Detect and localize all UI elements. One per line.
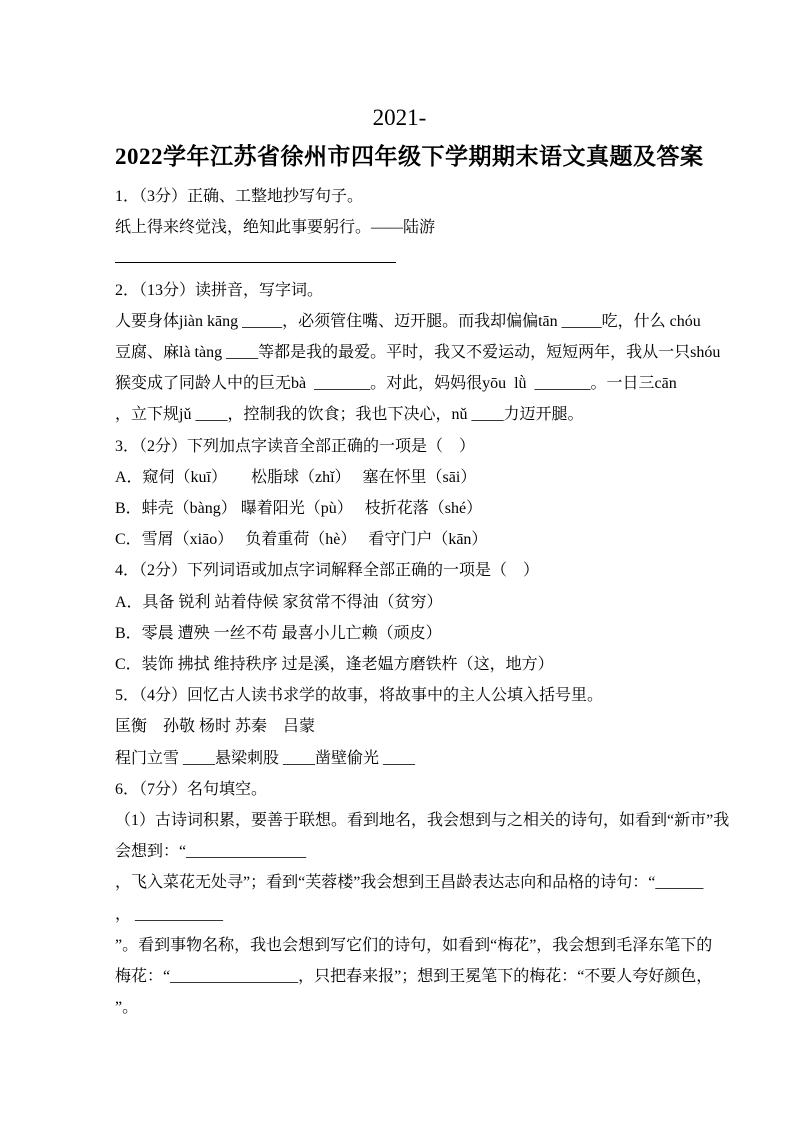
- document-title-line2: 2022学年江苏省徐州市四年级下学期期末语文真题及答案: [115, 137, 684, 176]
- q3-option-b: B．蚌壳（bàng） 曝着阳光（pù） 枝折花落（shé）: [115, 493, 684, 524]
- q2-passage-line: 猴变成了同龄人中的巨无bà _______。对此，妈妈很yōu lǜ _____…: [115, 368, 684, 399]
- q1-prompt: 1．（3分）正确、工整地抄写句子。: [115, 181, 684, 212]
- q5-word-bank: 匡衡 孙敬 杨时 苏秦 吕蒙: [115, 711, 684, 742]
- q5-prompt: 5．（4分）回忆古人读书求学的故事，将故事中的主人公填入括号里。: [115, 680, 684, 711]
- q6-text-line: 梅花：“________________，只把春来报”；想到王冕笔下的梅花：“不…: [115, 961, 684, 992]
- q2-passage-line: 豆腐、麻là tàng ____等都是我的最爱。平时，我又不爱运动，短短两年，我…: [115, 337, 684, 368]
- q4-option-c: C．装饰 拂拭 维持秩序 过是溪，逢老媪方磨铁杵（这，地方）: [115, 649, 684, 680]
- q4-option-b: B．零晨 遭殃 一丝不苟 最喜小儿亡赖（顽皮）: [115, 618, 684, 649]
- document-body: 1．（3分）正确、工整地抄写句子。 纸上得来终觉浅，绝知此事要躬行。——陆游 2…: [115, 181, 684, 1023]
- q1-copy-blank-line: [115, 243, 684, 274]
- q3-prompt: 3．（2分）下列加点字读音全部正确的一项是（ ）: [115, 431, 684, 462]
- q1-quote: 纸上得来终觉浅，绝知此事要躬行。——陆游: [115, 212, 684, 243]
- q6-prompt: 6．（7分）名句填空。: [115, 774, 684, 805]
- document-title-line1: 2021-: [115, 98, 684, 137]
- q6-text-line: （1）古诗词积累，要善于联想。看到地名，我会想到与之相关的诗句，如看到“新市”我: [115, 805, 684, 836]
- q6-text-line: ，飞入菜花无处寻”；看到“芙蓉楼”我会想到王昌龄表达志向和品格的诗句：“____…: [115, 867, 684, 898]
- q4-prompt: 4．（2分）下列词语或加点字词解释全部正确的一项是（ ）: [115, 555, 684, 586]
- q6-text-line: ”。看到事物名称，我也会想到写它们的诗句，如看到“梅花”，我会想到毛泽东笔下的: [115, 930, 684, 961]
- q3-option-c: C．雪屑（xiāo） 负着重荷（hè） 看守门户（kān）: [115, 524, 684, 555]
- q6-text-line: 会想到：“_______________: [115, 836, 684, 867]
- q2-passage-line: ，立下规jǔ ____，控制我的饮食；我也下决心，nǔ ____力迈开腿。: [115, 399, 684, 430]
- q3-option-a: A．窥伺（kuī） 松脂球（zhǐ） 塞在怀里（sāi）: [115, 462, 684, 493]
- q6-text-line: ”。: [115, 992, 684, 1023]
- q6-text-line: ， ___________: [115, 899, 684, 930]
- exam-document-page: 2021- 2022学年江苏省徐州市四年级下学期期末语文真题及答案 1．（3分）…: [0, 0, 794, 1123]
- answer-underline: [115, 246, 396, 264]
- q4-option-a: A．具备 锐利 站着侍候 家贫常不得油（贫穷）: [115, 587, 684, 618]
- q2-passage-line: 人要身体jiàn kāng _____，必须管住嘴、迈开腿。而我却偏偏tān _…: [115, 306, 684, 337]
- q2-prompt: 2．（13分）读拼音，写字词。: [115, 275, 684, 306]
- q5-fill-line: 程门立雪 ____悬梁刺股 ____凿壁偷光 ____: [115, 743, 684, 774]
